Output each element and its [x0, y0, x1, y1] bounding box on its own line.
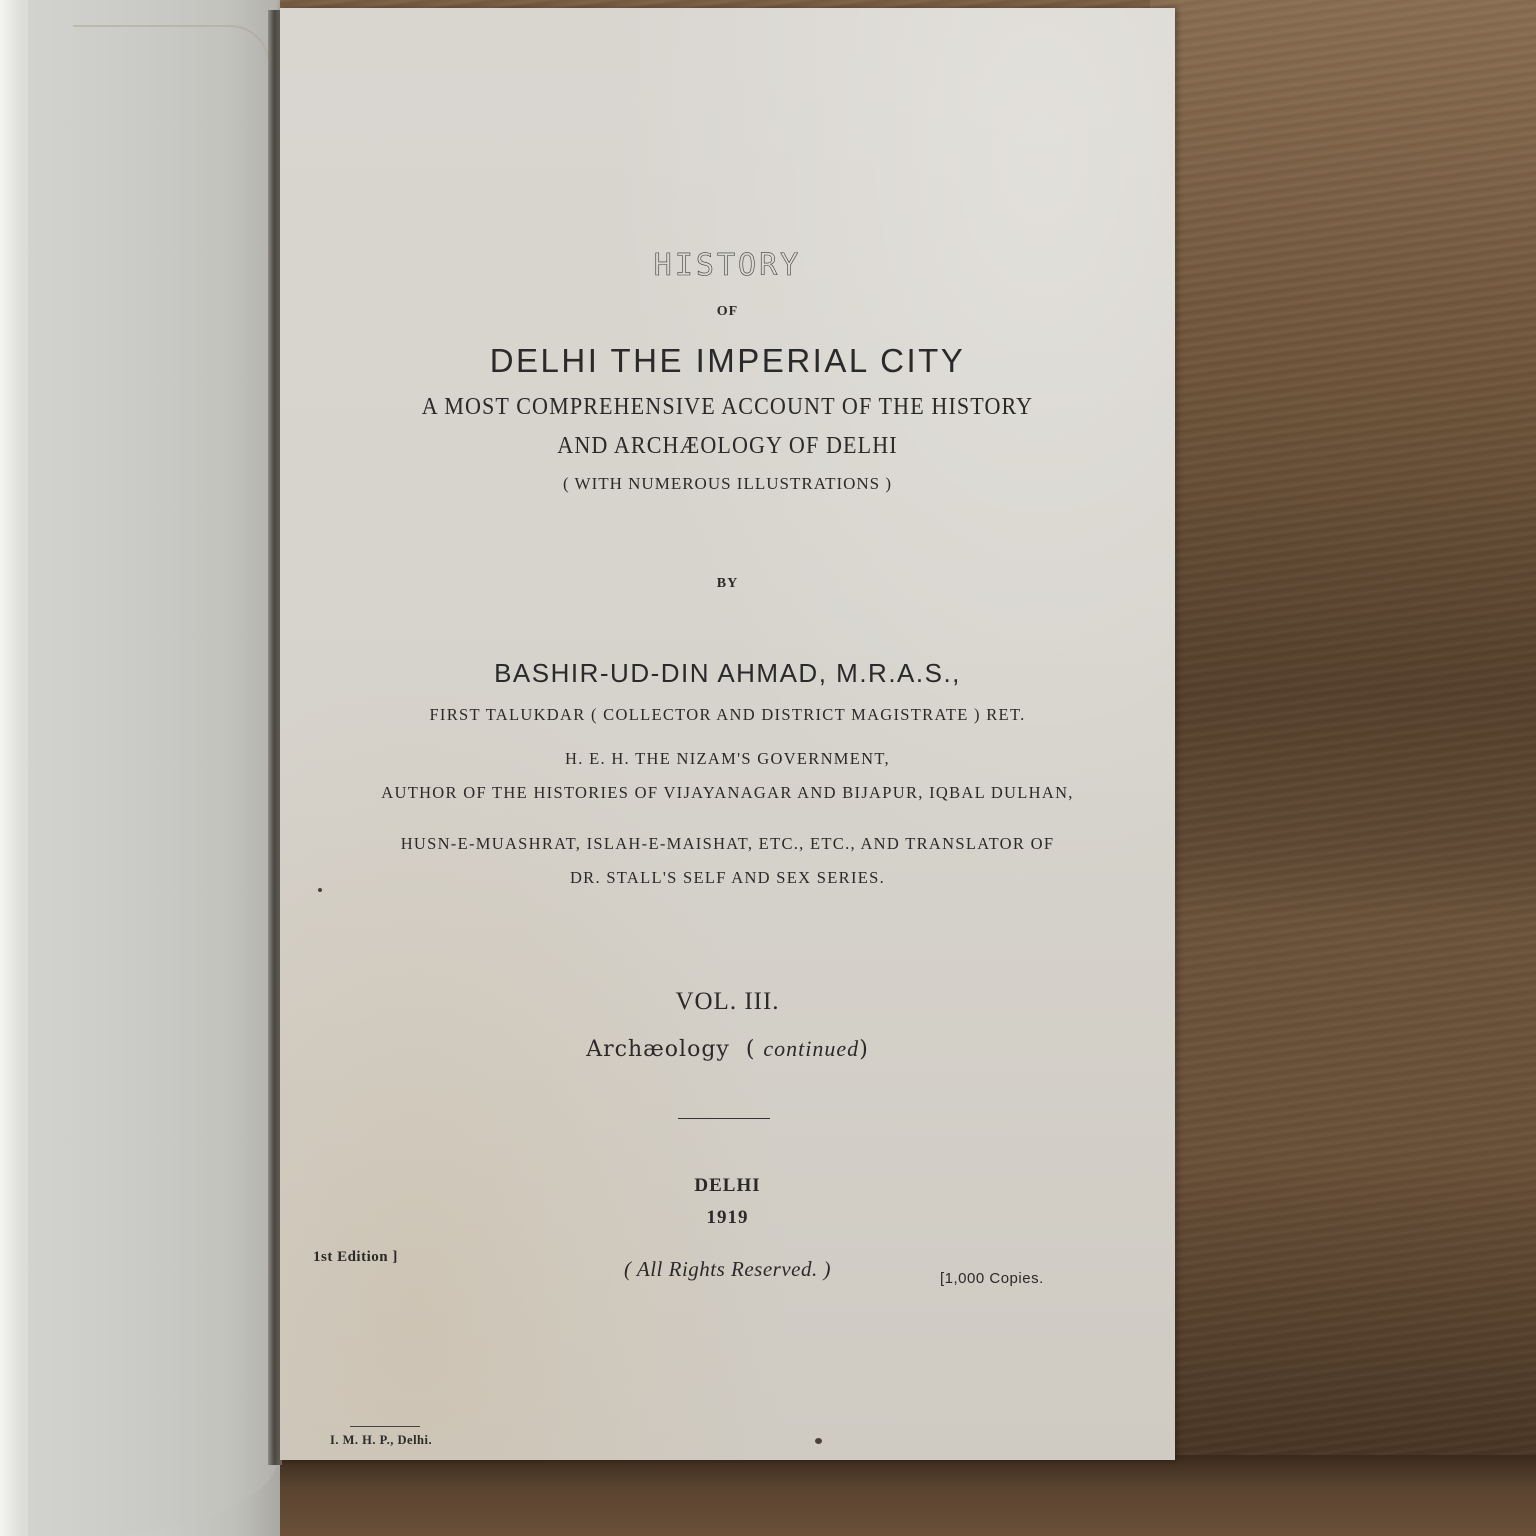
divider-rule: [678, 1118, 770, 1119]
subtitle-line-2: AND ARCHÆOLOGY OF DELHI: [316, 433, 1139, 460]
ink-spot: [815, 1438, 822, 1444]
ink-spot: [318, 888, 322, 892]
author-credential: HUSN-E-MUASHRAT, ISLAH-E-MAISHAT, ETC., …: [280, 834, 1175, 854]
volume-number: VOL. III.: [280, 988, 1175, 1016]
publication-place: DELHI: [280, 1175, 1175, 1197]
printer-imprint: I. M. H. P., Delhi.: [330, 1433, 432, 1448]
volume-subject: Archæology ( continued): [280, 1036, 1175, 1062]
author-credential: FIRST TALUKDAR ( COLLECTOR AND DISTRICT …: [280, 705, 1175, 725]
author-credential: DR. STALL'S SELF AND SEX SERIES.: [280, 868, 1175, 888]
author-credential: AUTHOR OF THE HISTORIES OF VIJAYANAGAR A…: [280, 783, 1175, 803]
left-page-curl: [28, 0, 278, 1536]
wood-grain: [1150, 0, 1536, 1536]
left-page-border-decoration: [73, 25, 270, 1347]
main-title: DELHI THE IMPERIAL CITY: [280, 342, 1175, 380]
subtitle-line-1: A MOST COMPREHENSIVE ACCOUNT OF THE HIST…: [316, 394, 1139, 421]
copies-note: [1,000 Copies.: [940, 1270, 1044, 1287]
heading-history: HISTORY: [280, 248, 1175, 283]
wooden-table-bottom-edge: [240, 1455, 1536, 1536]
paren-open: (: [738, 1037, 764, 1062]
subtitle-line-3: ( WITH NUMEROUS ILLUSTRATIONS ): [280, 474, 1175, 494]
by-label: BY: [280, 576, 1175, 592]
author-name: BASHIR-UD-DIN AHMAD, M.R.A.S.,: [280, 658, 1175, 689]
left-page: [0, 0, 280, 1536]
title-page: HISTORY OF DELHI THE IMPERIAL CITY A MOS…: [280, 8, 1175, 1460]
author-credential: H. E. H. THE NIZAM'S GOVERNMENT,: [280, 749, 1175, 769]
printer-rule: [350, 1426, 420, 1427]
heading-of: OF: [280, 304, 1175, 320]
volume-subject-text: Archæology: [586, 1037, 730, 1062]
publication-year: 1919: [280, 1207, 1175, 1229]
paren-close: ): [859, 1037, 869, 1062]
volume-subject-note: continued: [763, 1036, 859, 1061]
